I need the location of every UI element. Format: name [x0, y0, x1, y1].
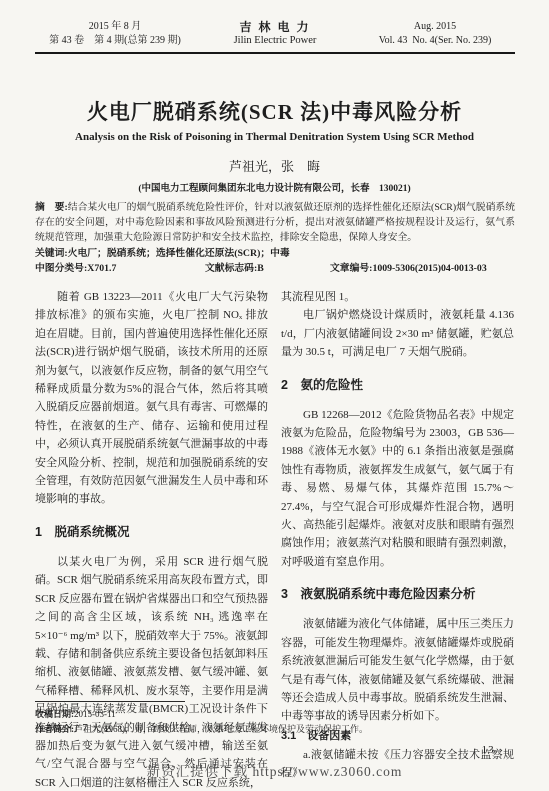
journal-name-en: Jilin Electric Power [200, 34, 350, 48]
issue-volume-cn: 第 43 卷 第 4 期(总第 239 期) [35, 34, 195, 48]
watermark-text: 新资汇提供下载 https://www.z3060.com [0, 760, 549, 780]
keywords-label: 关键词: [35, 248, 68, 259]
section-3-heading: 3 液氨脱硝系统中毒危险因素分析 [281, 586, 514, 602]
author-bio-label: 作者简介: [35, 724, 74, 734]
author-bio-text: 芦祖光(1968)，男，高级工程师，从事电力工程环境保护及劳动保护工作。 [74, 724, 368, 734]
authors: 芦祖光，张 晦 [0, 156, 549, 175]
issue-info-cn: 2015 年 8 月 第 43 卷 第 4 期(总第 239 期) [35, 20, 195, 48]
abstract-text: 结合某火电厂的烟气脱硝系统危险性评价，针对以液氨做还原剂的选择性催化还原法(SC… [35, 202, 515, 243]
issue-date-en: Aug. 2015 [355, 20, 515, 34]
footnote: 收稿日期:2015-03-11 作者简介:芦祖光(1968)，男，高级工程师，从… [35, 701, 515, 736]
paragraph-ammonia-hazard: GB 12268—2012《危险货物品名表》中规定液氨为危险品，危险物编号为 2… [281, 406, 514, 572]
issue-volume-en: Vol. 43 No. 4(Ser. No. 239) [355, 34, 515, 48]
paragraph-system-overview: 以某火电厂为例，采用 SCR 进行烟气脱硝。SCR 烟气脱硝系统采用高灰段布置方… [35, 553, 268, 791]
abstract: 摘 要:结合某火电厂的烟气脱硝系统危险性评价，针对以液氨做还原剂的选择性催化还原… [35, 200, 515, 246]
section-2-heading: 2 氨的危险性 [281, 377, 514, 393]
journal-page: 2015 年 8 月 第 43 卷 第 4 期(总第 239 期) 吉 林 电 … [0, 0, 549, 791]
journal-name-cn: 吉 林 电 力 [200, 20, 350, 34]
abstract-label: 摘 要: [35, 202, 68, 213]
issue-info-en: Aug. 2015 Vol. 43 No. 4(Ser. No. 239) [355, 20, 515, 48]
keywords: 关键词:火电厂；脱硝系统；选择性催化还原法(SCR)；中毒 [35, 246, 515, 261]
journal-name-block: 吉 林 电 力 Jilin Electric Power [200, 20, 350, 48]
paragraph-ammonia-consumption: 电厂锅炉燃烧设计煤质时，液氨耗量 4.136 t/d，厂内液氨储罐间设 2×30… [281, 306, 514, 361]
page-number: · 13 · [473, 744, 503, 756]
paragraph-flow-continuation: 其流程见图 1。 [281, 288, 514, 306]
clc-number: 中图分类号:X701.7 [35, 261, 205, 276]
received-date-line: 收稿日期:2015-03-11 [35, 707, 515, 722]
journal-header: 2015 年 8 月 第 43 卷 第 4 期(总第 239 期) 吉 林 电 … [35, 20, 515, 48]
classification-row: 中图分类号:X701.7 文献标志码:B 文章编号:1009-5306(2015… [35, 261, 515, 276]
footnote-divider [35, 701, 185, 702]
document-code: 文献标志码:B [205, 261, 330, 276]
received-date-label: 收稿日期: [35, 709, 74, 719]
affiliation: (中国电力工程顾问集团东北电力设计院有限公司，长春 130021) [0, 180, 549, 194]
article-title-cn: 火电厂脱硝系统(SCR 法)中毒风险分析 [0, 96, 549, 126]
article-meta: 摘 要:结合某火电厂的烟气脱硝系统危险性评价，针对以液氨做还原剂的选择性催化还原… [35, 200, 515, 276]
header-divider [35, 52, 515, 54]
keywords-text: 火电厂；脱硝系统；选择性催化还原法(SCR)；中毒 [68, 248, 290, 259]
author-bio-line: 作者简介:芦祖光(1968)，男，高级工程师，从事电力工程环境保护及劳动保护工作… [35, 722, 515, 737]
article-id: 文章编号:1009-5306(2015)04-0013-03 [330, 261, 515, 276]
section-1-heading: 1 脱硝系统概况 [35, 524, 268, 540]
received-date-value: 2015-03-11 [74, 709, 116, 719]
paragraph-intro: 随着 GB 13223—2011《火电厂大气污染物排放标准》的颁布实施，火电厂控… [35, 288, 268, 509]
issue-date-cn: 2015 年 8 月 [35, 20, 195, 34]
article-title-en: Analysis on the Risk of Poisoning in The… [0, 131, 549, 143]
